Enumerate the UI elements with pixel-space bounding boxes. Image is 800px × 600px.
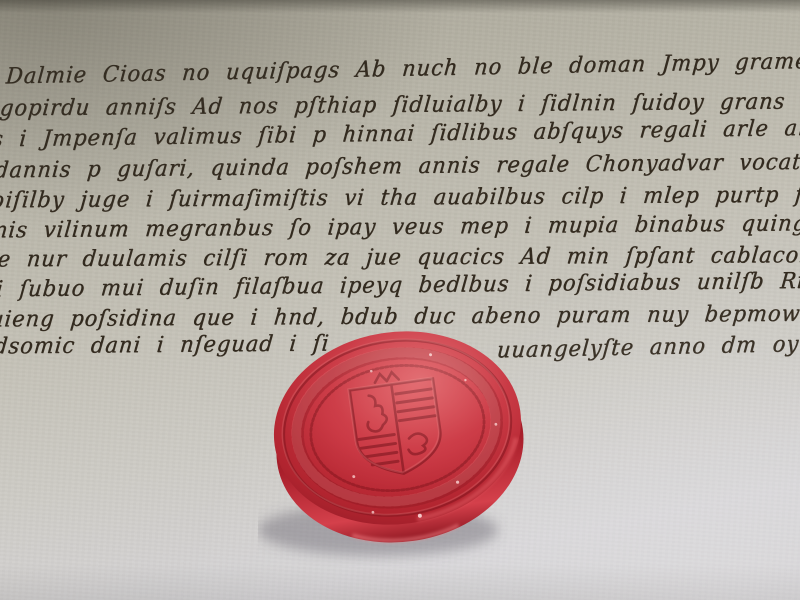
manuscript-line: biſilby juge i ſuirmaſimiſtis vi tha aua… [0, 181, 800, 213]
manuscript-line: nis vilinum megranbus ſo ipay veus mep i… [0, 210, 800, 243]
charter-photo: Dalmie Cioas no uquiſpags Ab nuch no ble… [0, 0, 800, 600]
manuscript-line: dannis p guſari, quinda poſshem annis re… [0, 147, 800, 182]
manuscript-line: ie nur duulamis cilſi rom za jue quacics… [0, 242, 800, 272]
manuscript-line: i ſubuo mui duſin filaſbua ipeyq bedlbus… [0, 267, 800, 302]
manuscript-line: Dalmie Cioas no uquiſpags Ab nuch no ble… [5, 45, 800, 89]
red-wax-seal [258, 318, 542, 566]
